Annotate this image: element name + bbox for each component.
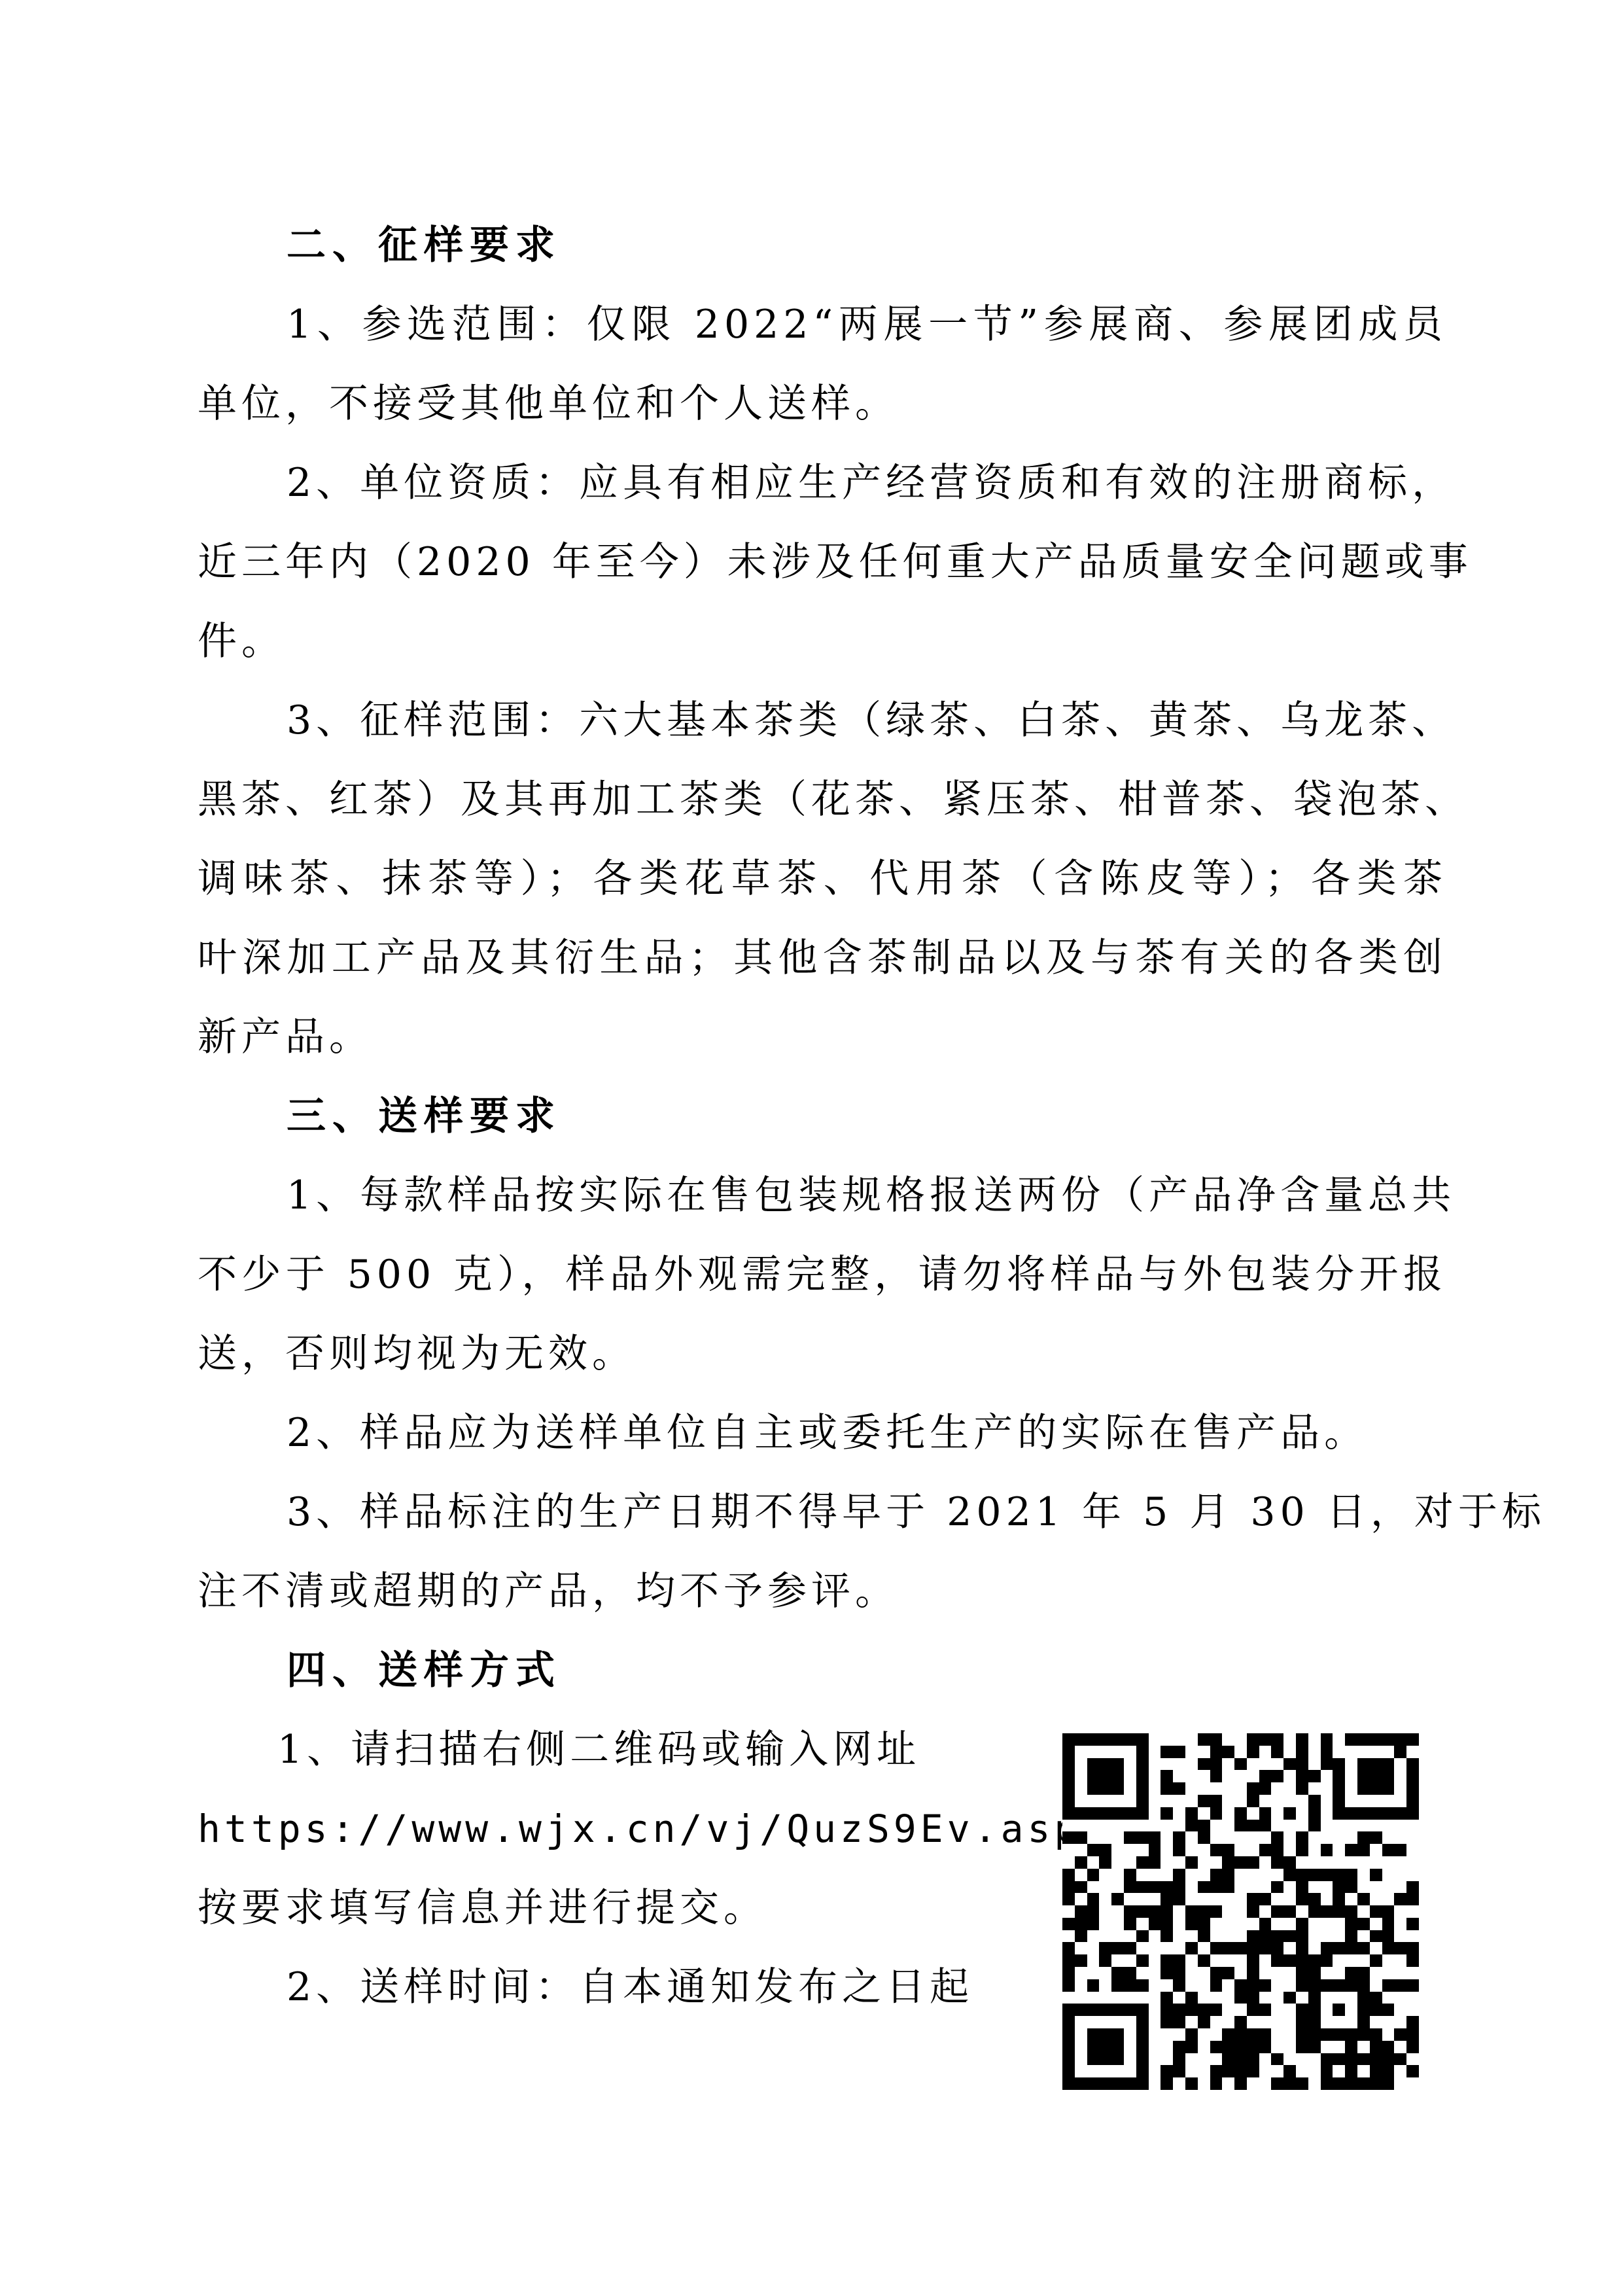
- qr-module: [1370, 2053, 1382, 2066]
- qr-module: [1370, 1942, 1382, 1954]
- qr-module: [1222, 1893, 1234, 1905]
- qr-module: [1124, 1967, 1136, 1979]
- qr-module: [1161, 1782, 1173, 1795]
- qr-module: [1382, 1831, 1395, 1844]
- qr-module: [1345, 1746, 1357, 1758]
- qr-module: [1124, 1881, 1136, 1894]
- qr-module: [1099, 2028, 1111, 2041]
- qr-module: [1394, 2028, 1406, 2041]
- qr-code-icon[interactable]: [1062, 1733, 1419, 2090]
- qr-module: [1149, 1918, 1161, 1930]
- paragraph-line: 2、单位资质：应具有相应生产经营资质和有效的注册商标，: [287, 444, 1447, 523]
- qr-module: [1222, 2016, 1234, 2028]
- qr-module: [1296, 2041, 1308, 2053]
- qr-module: [1124, 1905, 1136, 1918]
- qr-module: [1370, 1893, 1382, 1905]
- qr-module: [1062, 1954, 1075, 1967]
- qr-module: [1382, 1782, 1395, 1795]
- qr-module: [1357, 1967, 1370, 1979]
- qr-module: [1308, 1893, 1321, 1905]
- qr-module: [1234, 1942, 1247, 1954]
- qr-module: [1136, 1807, 1149, 1820]
- qr-module: [1247, 1807, 1259, 1820]
- qr-module: [1296, 1782, 1308, 1795]
- qr-module: [1321, 1820, 1333, 1832]
- qr-module: [1136, 1869, 1149, 1881]
- qr-module: [1222, 1954, 1234, 1967]
- qr-module: [1136, 1782, 1149, 1795]
- qr-module: [1283, 1733, 1296, 1746]
- qr-module: [1149, 1746, 1161, 1758]
- qr-module: [1247, 2016, 1259, 2028]
- qr-module: [1333, 1844, 1345, 1856]
- qr-module: [1321, 1967, 1333, 1979]
- qr-module: [1185, 1881, 1198, 1894]
- qr-module: [1308, 1820, 1321, 1832]
- qr-module: [1111, 1733, 1124, 1746]
- qr-module: [1210, 1831, 1223, 1844]
- qr-module: [1198, 1905, 1210, 1918]
- qr-module: [1149, 1856, 1161, 1869]
- qr-module: [1271, 1733, 1283, 1746]
- qr-module: [1185, 2028, 1198, 2041]
- qr-module: [1333, 1954, 1345, 1967]
- qr-module: [1345, 1820, 1357, 1832]
- qr-module: [1111, 1942, 1124, 1954]
- qr-module: [1198, 1746, 1210, 1758]
- qr-module: [1124, 1844, 1136, 1856]
- qr-module: [1062, 2028, 1075, 2041]
- qr-module: [1234, 2016, 1247, 2028]
- qr-module: [1308, 2041, 1321, 2053]
- qr-module: [1345, 1881, 1357, 1894]
- qr-module: [1283, 1795, 1296, 1807]
- qr-module: [1382, 1942, 1395, 1954]
- qr-module: [1296, 1758, 1308, 1771]
- qr-module: [1075, 2077, 1087, 2090]
- qr-module: [1271, 1844, 1283, 1856]
- qr-module: [1111, 2004, 1124, 2016]
- qr-module: [1321, 2041, 1333, 2053]
- qr-module: [1406, 1979, 1419, 1992]
- qr-module: [1136, 1942, 1149, 1954]
- qr-module: [1333, 2004, 1345, 2016]
- qr-module: [1075, 1820, 1087, 1832]
- qr-module: [1259, 1967, 1272, 1979]
- qr-module: [1234, 2041, 1247, 2053]
- qr-module: [1370, 1918, 1382, 1930]
- qr-module: [1222, 1918, 1234, 1930]
- qr-module: [1259, 1856, 1272, 1869]
- qr-module: [1099, 1881, 1111, 1894]
- qr-module: [1234, 1758, 1247, 1771]
- qr-module: [1136, 1918, 1149, 1930]
- qr-module: [1357, 1782, 1370, 1795]
- qr-module: [1075, 2028, 1087, 2041]
- qr-module: [1345, 1770, 1357, 1782]
- qr-module: [1234, 1979, 1247, 1992]
- qr-module: [1394, 1758, 1406, 1771]
- qr-module: [1124, 1954, 1136, 1967]
- qr-module: [1210, 1942, 1223, 1954]
- qr-module: [1075, 1881, 1087, 1894]
- qr-module: [1075, 1831, 1087, 1844]
- qr-module: [1075, 1979, 1087, 1992]
- qr-module: [1111, 1918, 1124, 1930]
- qr-module: [1259, 1881, 1272, 1894]
- qr-module: [1234, 1881, 1247, 1894]
- qr-module: [1357, 1807, 1370, 1820]
- qr-module: [1296, 1807, 1308, 1820]
- document-page: 二、征样要求 1、参选范围：仅限 2022“两展一节”参展商、参展团成员 单位，…: [0, 0, 1623, 2296]
- qr-module: [1283, 1905, 1296, 1918]
- qr-module: [1111, 1992, 1124, 2004]
- qr-module: [1247, 1758, 1259, 1771]
- section-heading-submission-requirements: 三、送样要求: [287, 1077, 1447, 1156]
- qr-module: [1370, 1992, 1382, 2004]
- paragraph-line: 2、样品应为送样单位自主或委托生产的实际在售产品。: [287, 1394, 1447, 1473]
- qr-module: [1296, 1905, 1308, 1918]
- qr-module: [1394, 1942, 1406, 1954]
- qr-module: [1210, 1893, 1223, 1905]
- qr-module: [1222, 1942, 1234, 1954]
- qr-module: [1087, 1782, 1100, 1795]
- paragraph-line: 新产品。: [198, 998, 1447, 1077]
- qr-module: [1333, 1733, 1345, 1746]
- qr-module: [1099, 2004, 1111, 2016]
- qr-module: [1099, 2016, 1111, 2028]
- qr-module: [1062, 1831, 1075, 1844]
- qr-module: [1271, 2065, 1283, 2077]
- qr-module: [1124, 1893, 1136, 1905]
- qr-module: [1394, 1820, 1406, 1832]
- qr-module: [1111, 1770, 1124, 1782]
- qr-module: [1357, 2016, 1370, 2028]
- qr-module: [1382, 1844, 1395, 1856]
- qr-module: [1198, 1820, 1210, 1832]
- qr-module: [1283, 2077, 1296, 2090]
- qr-module: [1296, 1881, 1308, 1894]
- qr-module: [1394, 2065, 1406, 2077]
- qr-module: [1283, 2041, 1296, 2053]
- qr-module: [1259, 1758, 1272, 1771]
- qr-module: [1321, 1893, 1333, 1905]
- survey-url-link[interactable]: https://www.wjx.cn/vj/QuzS9Ev.aspx: [198, 1790, 950, 1869]
- qr-module: [1345, 1967, 1357, 1979]
- qr-module: [1198, 1844, 1210, 1856]
- qr-module: [1087, 1770, 1100, 1782]
- qr-module: [1198, 2077, 1210, 2090]
- qr-module: [1087, 1979, 1100, 1992]
- qr-module: [1333, 1881, 1345, 1894]
- qr-module: [1394, 2016, 1406, 2028]
- qr-module: [1198, 1770, 1210, 1782]
- qr-module: [1406, 1820, 1419, 1832]
- qr-module: [1161, 1807, 1173, 1820]
- qr-module: [1198, 1856, 1210, 1869]
- qr-module: [1259, 2041, 1272, 2053]
- qr-module: [1185, 1954, 1198, 1967]
- qr-module: [1198, 1795, 1210, 1807]
- qr-module: [1075, 1992, 1087, 2004]
- qr-module: [1283, 1918, 1296, 1930]
- qr-module: [1062, 1979, 1075, 1992]
- qr-module: [1111, 2016, 1124, 2028]
- qr-module: [1136, 1844, 1149, 1856]
- qr-module: [1271, 1795, 1283, 1807]
- qr-module: [1124, 2053, 1136, 2066]
- qr-module: [1345, 2028, 1357, 2041]
- qr-module: [1222, 1782, 1234, 1795]
- qr-module: [1271, 1918, 1283, 1930]
- qr-module: [1173, 1856, 1185, 1869]
- paragraph-line: 件。: [198, 602, 1447, 681]
- qr-module: [1308, 1930, 1321, 1943]
- qr-module: [1357, 1746, 1370, 1758]
- qr-module: [1222, 1795, 1234, 1807]
- qr-module: [1185, 1807, 1198, 1820]
- paragraph-line: 2、送样时间：自本通知发布之日起: [287, 1948, 1006, 2027]
- paragraph-line: 黑茶、红茶）及其再加工茶类（花茶、紧压茶、柑普茶、袋泡茶、: [198, 760, 1447, 839]
- qr-module: [1185, 1844, 1198, 1856]
- qr-module: [1124, 1758, 1136, 1771]
- qr-module: [1382, 1954, 1395, 1967]
- qr-module: [1210, 2065, 1223, 2077]
- qr-module: [1296, 1979, 1308, 1992]
- qr-module: [1271, 2041, 1283, 2053]
- qr-module: [1382, 1733, 1395, 1746]
- qr-module: [1185, 1869, 1198, 1881]
- qr-module: [1198, 2016, 1210, 2028]
- qr-module: [1149, 2065, 1161, 2077]
- qr-module: [1222, 1758, 1234, 1771]
- qr-module: [1198, 1942, 1210, 1954]
- qr-module: [1161, 2004, 1173, 2016]
- qr-module: [1271, 2016, 1283, 2028]
- qr-module: [1382, 2065, 1395, 2077]
- qr-module: [1099, 1831, 1111, 1844]
- qr-module: [1357, 1758, 1370, 1771]
- qr-module: [1124, 2065, 1136, 2077]
- qr-module: [1185, 2065, 1198, 2077]
- qr-module: [1210, 1930, 1223, 1943]
- qr-module: [1333, 1905, 1345, 1918]
- qr-module: [1333, 1795, 1345, 1807]
- qr-module: [1185, 1930, 1198, 1943]
- qr-module: [1087, 1918, 1100, 1930]
- qr-module: [1259, 1869, 1272, 1881]
- qr-module: [1308, 1869, 1321, 1881]
- qr-module: [1198, 1893, 1210, 1905]
- qr-module: [1149, 1807, 1161, 1820]
- qr-module: [1259, 1844, 1272, 1856]
- qr-module: [1357, 1930, 1370, 1943]
- qr-module: [1161, 1992, 1173, 2004]
- qr-module: [1062, 1992, 1075, 2004]
- qr-module: [1357, 1918, 1370, 1930]
- qr-module: [1062, 1820, 1075, 1832]
- qr-module: [1087, 1758, 1100, 1771]
- qr-module: [1099, 2053, 1111, 2066]
- qr-module: [1247, 1844, 1259, 1856]
- qr-module: [1321, 1795, 1333, 1807]
- qr-module: [1345, 1844, 1357, 1856]
- qr-module: [1136, 1905, 1149, 1918]
- qr-module: [1173, 1918, 1185, 1930]
- qr-module: [1296, 1918, 1308, 1930]
- qr-module: [1333, 2016, 1345, 2028]
- qr-module: [1198, 1979, 1210, 1992]
- qr-module: [1321, 1733, 1333, 1746]
- qr-module: [1382, 1918, 1395, 1930]
- qr-module: [1247, 1905, 1259, 1918]
- qr-module: [1234, 1844, 1247, 1856]
- qr-module: [1394, 1746, 1406, 1758]
- qr-module: [1406, 2028, 1419, 2041]
- qr-module: [1321, 1905, 1333, 1918]
- qr-module: [1247, 2065, 1259, 2077]
- qr-module: [1321, 1930, 1333, 1943]
- qr-module: [1406, 1992, 1419, 2004]
- qr-module: [1333, 1930, 1345, 1943]
- qr-module: [1185, 1831, 1198, 1844]
- qr-module: [1149, 2016, 1161, 2028]
- qr-module: [1345, 1954, 1357, 1967]
- qr-module: [1406, 2053, 1419, 2066]
- qr-module: [1345, 1795, 1357, 1807]
- qr-module: [1370, 1930, 1382, 1943]
- qr-module: [1247, 1930, 1259, 1943]
- qr-module: [1185, 1795, 1198, 1807]
- qr-module: [1185, 1992, 1198, 2004]
- qr-module: [1099, 1844, 1111, 1856]
- qr-module: [1357, 1893, 1370, 1905]
- qr-module: [1185, 2041, 1198, 2053]
- qr-module: [1247, 1856, 1259, 1869]
- qr-module: [1111, 1831, 1124, 1844]
- qr-module: [1333, 2077, 1345, 2090]
- qr-module: [1149, 1831, 1161, 1844]
- qr-module: [1198, 1733, 1210, 1746]
- qr-module: [1087, 1795, 1100, 1807]
- qr-module: [1333, 1893, 1345, 1905]
- qr-module: [1185, 1979, 1198, 1992]
- qr-module: [1210, 2016, 1223, 2028]
- qr-module: [1111, 1758, 1124, 1771]
- qr-module: [1394, 1967, 1406, 1979]
- paragraph-line: 3、样品标注的生产日期不得早于 2021 年 5 月 30 日，对于标: [287, 1473, 1447, 1552]
- qr-module: [1247, 1992, 1259, 2004]
- qr-module: [1161, 1954, 1173, 1967]
- qr-module: [1087, 1820, 1100, 1832]
- qr-module: [1198, 1992, 1210, 2004]
- qr-module: [1283, 2028, 1296, 2041]
- qr-module: [1222, 1967, 1234, 1979]
- qr-module: [1394, 1930, 1406, 1943]
- qr-module: [1370, 1844, 1382, 1856]
- qr-module: [1382, 2004, 1395, 2016]
- qr-module: [1370, 2016, 1382, 2028]
- qr-module: [1075, 1930, 1087, 1943]
- qr-module: [1136, 1979, 1149, 1992]
- qr-module: [1406, 1795, 1419, 1807]
- qr-module: [1124, 1930, 1136, 1943]
- qr-module: [1357, 2053, 1370, 2066]
- qr-module: [1247, 1918, 1259, 1930]
- qr-module: [1111, 1746, 1124, 1758]
- qr-module: [1111, 1893, 1124, 1905]
- qr-module: [1382, 1856, 1395, 1869]
- qr-module: [1259, 1795, 1272, 1807]
- qr-module: [1234, 2065, 1247, 2077]
- qr-module: [1185, 1746, 1198, 1758]
- qr-module: [1370, 2028, 1382, 2041]
- qr-module: [1259, 2004, 1272, 2016]
- qr-module: [1406, 1746, 1419, 1758]
- qr-module: [1357, 1770, 1370, 1782]
- qr-module: [1149, 1930, 1161, 1943]
- qr-module: [1406, 1770, 1419, 1782]
- qr-module: [1296, 1856, 1308, 1869]
- qr-module: [1247, 1831, 1259, 1844]
- qr-module: [1185, 1905, 1198, 1918]
- qr-module: [1259, 2028, 1272, 2041]
- qr-module: [1136, 1992, 1149, 2004]
- paragraph-line: 调味茶、抹茶等）；各类花草茶、代用茶（含陈皮等）；各类茶: [198, 839, 1447, 919]
- qr-module: [1198, 2004, 1210, 2016]
- qr-module: [1075, 2041, 1087, 2053]
- qr-module: [1247, 1733, 1259, 1746]
- qr-module: [1259, 1770, 1272, 1782]
- qr-module: [1247, 1893, 1259, 1905]
- qr-module: [1124, 1807, 1136, 1820]
- qr-module: [1222, 2053, 1234, 2066]
- qr-module: [1308, 1733, 1321, 1746]
- qr-module: [1198, 2041, 1210, 2053]
- qr-module: [1161, 2041, 1173, 2053]
- qr-module: [1333, 1979, 1345, 1992]
- qr-module: [1382, 1905, 1395, 1918]
- qr-module: [1099, 1992, 1111, 2004]
- qr-module: [1173, 1807, 1185, 1820]
- qr-module: [1173, 1954, 1185, 1967]
- qr-module: [1222, 1905, 1234, 1918]
- qr-module: [1370, 1831, 1382, 1844]
- qr-module: [1247, 1967, 1259, 1979]
- qr-module: [1308, 2004, 1321, 2016]
- qr-module: [1136, 1820, 1149, 1832]
- qr-module: [1124, 1820, 1136, 1832]
- qr-module: [1321, 1869, 1333, 1881]
- qr-module: [1333, 1820, 1345, 1832]
- qr-module: [1234, 1770, 1247, 1782]
- qr-module: [1136, 1831, 1149, 1844]
- qr-module: [1062, 2041, 1075, 2053]
- qr-module: [1308, 1746, 1321, 1758]
- qr-module: [1161, 2016, 1173, 2028]
- qr-module: [1308, 2065, 1321, 2077]
- qr-module: [1321, 1770, 1333, 1782]
- qr-module: [1099, 1979, 1111, 1992]
- qr-module: [1075, 2065, 1087, 2077]
- paragraph-line: 近三年内（2020 年至今）未涉及任何重大产品质量安全问题或事: [198, 523, 1447, 602]
- qr-module: [1124, 1856, 1136, 1869]
- qr-module: [1222, 2077, 1234, 2090]
- qr-module: [1370, 1881, 1382, 1894]
- qr-module: [1111, 1967, 1124, 1979]
- qr-module: [1308, 1942, 1321, 1954]
- qr-module: [1234, 2028, 1247, 2041]
